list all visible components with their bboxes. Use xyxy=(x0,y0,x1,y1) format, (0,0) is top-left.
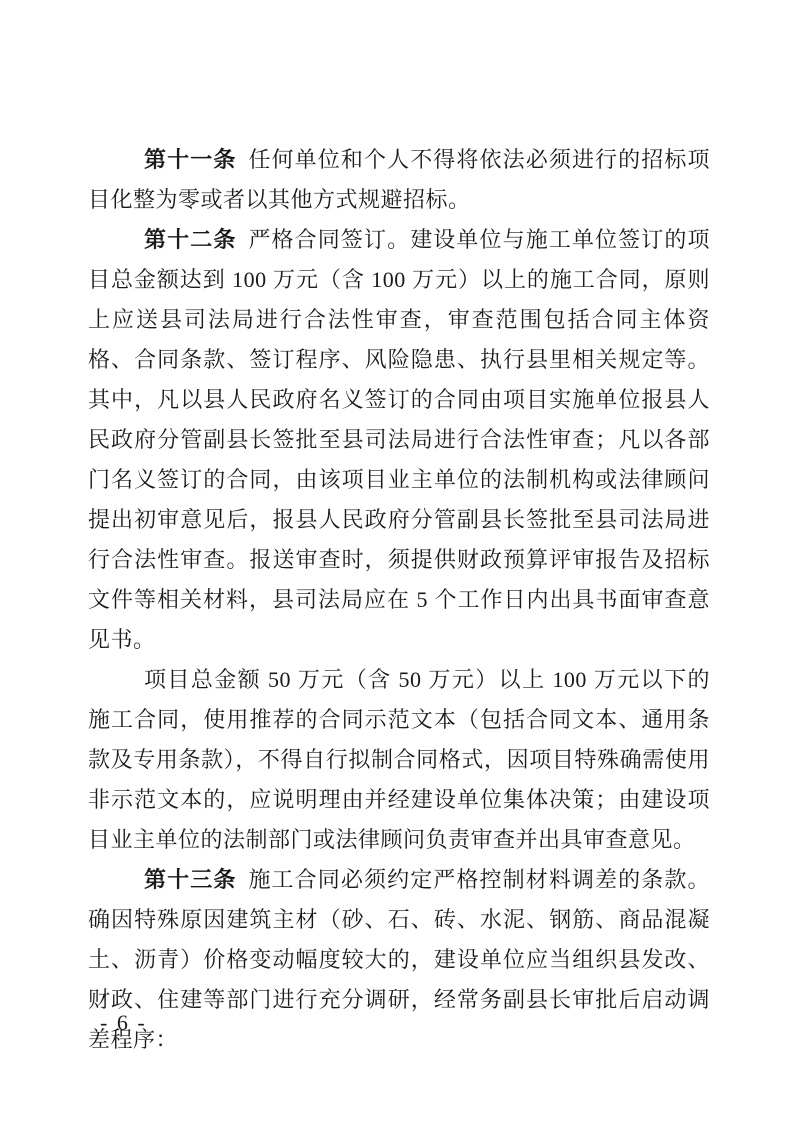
paragraph-article-12-continuation: 项目总金额 50 万元（含 50 万元）以上 100 万元以下的施工合同，使用推… xyxy=(88,660,710,860)
article-13-text: 施工合同必须约定严格控制材料调差的条款。确因特殊原因建筑主材（砂、石、砖、水泥、… xyxy=(88,867,710,1052)
paragraph-article-12: 第十二条严格合同签订。建设单位与施工单位签订的项目总金额达到 100 万元（含 … xyxy=(88,220,710,660)
paragraph-article-13: 第十三条施工合同必须约定严格控制材料调差的条款。确因特殊原因建筑主材（砂、石、砖… xyxy=(88,860,710,1060)
article-11-heading: 第十一条 xyxy=(144,147,236,172)
page-number: - 6 - xyxy=(100,1008,147,1038)
article-12-heading: 第十二条 xyxy=(144,227,236,252)
document-content: 第十一条任何单位和个人不得将依法必须进行的招标项目化整为零或者以其他方式规避招标… xyxy=(88,140,710,1060)
article-12-text: 严格合同签订。建设单位与施工单位签订的项目总金额达到 100 万元（含 100 … xyxy=(88,227,710,652)
continuation-text: 项目总金额 50 万元（含 50 万元）以上 100 万元以下的施工合同，使用推… xyxy=(88,667,710,852)
paragraph-article-11: 第十一条任何单位和个人不得将依法必须进行的招标项目化整为零或者以其他方式规避招标… xyxy=(88,140,710,220)
article-13-heading: 第十三条 xyxy=(144,867,236,892)
document-page: 第十一条任何单位和个人不得将依法必须进行的招标项目化整为零或者以其他方式规避招标… xyxy=(0,0,793,1122)
